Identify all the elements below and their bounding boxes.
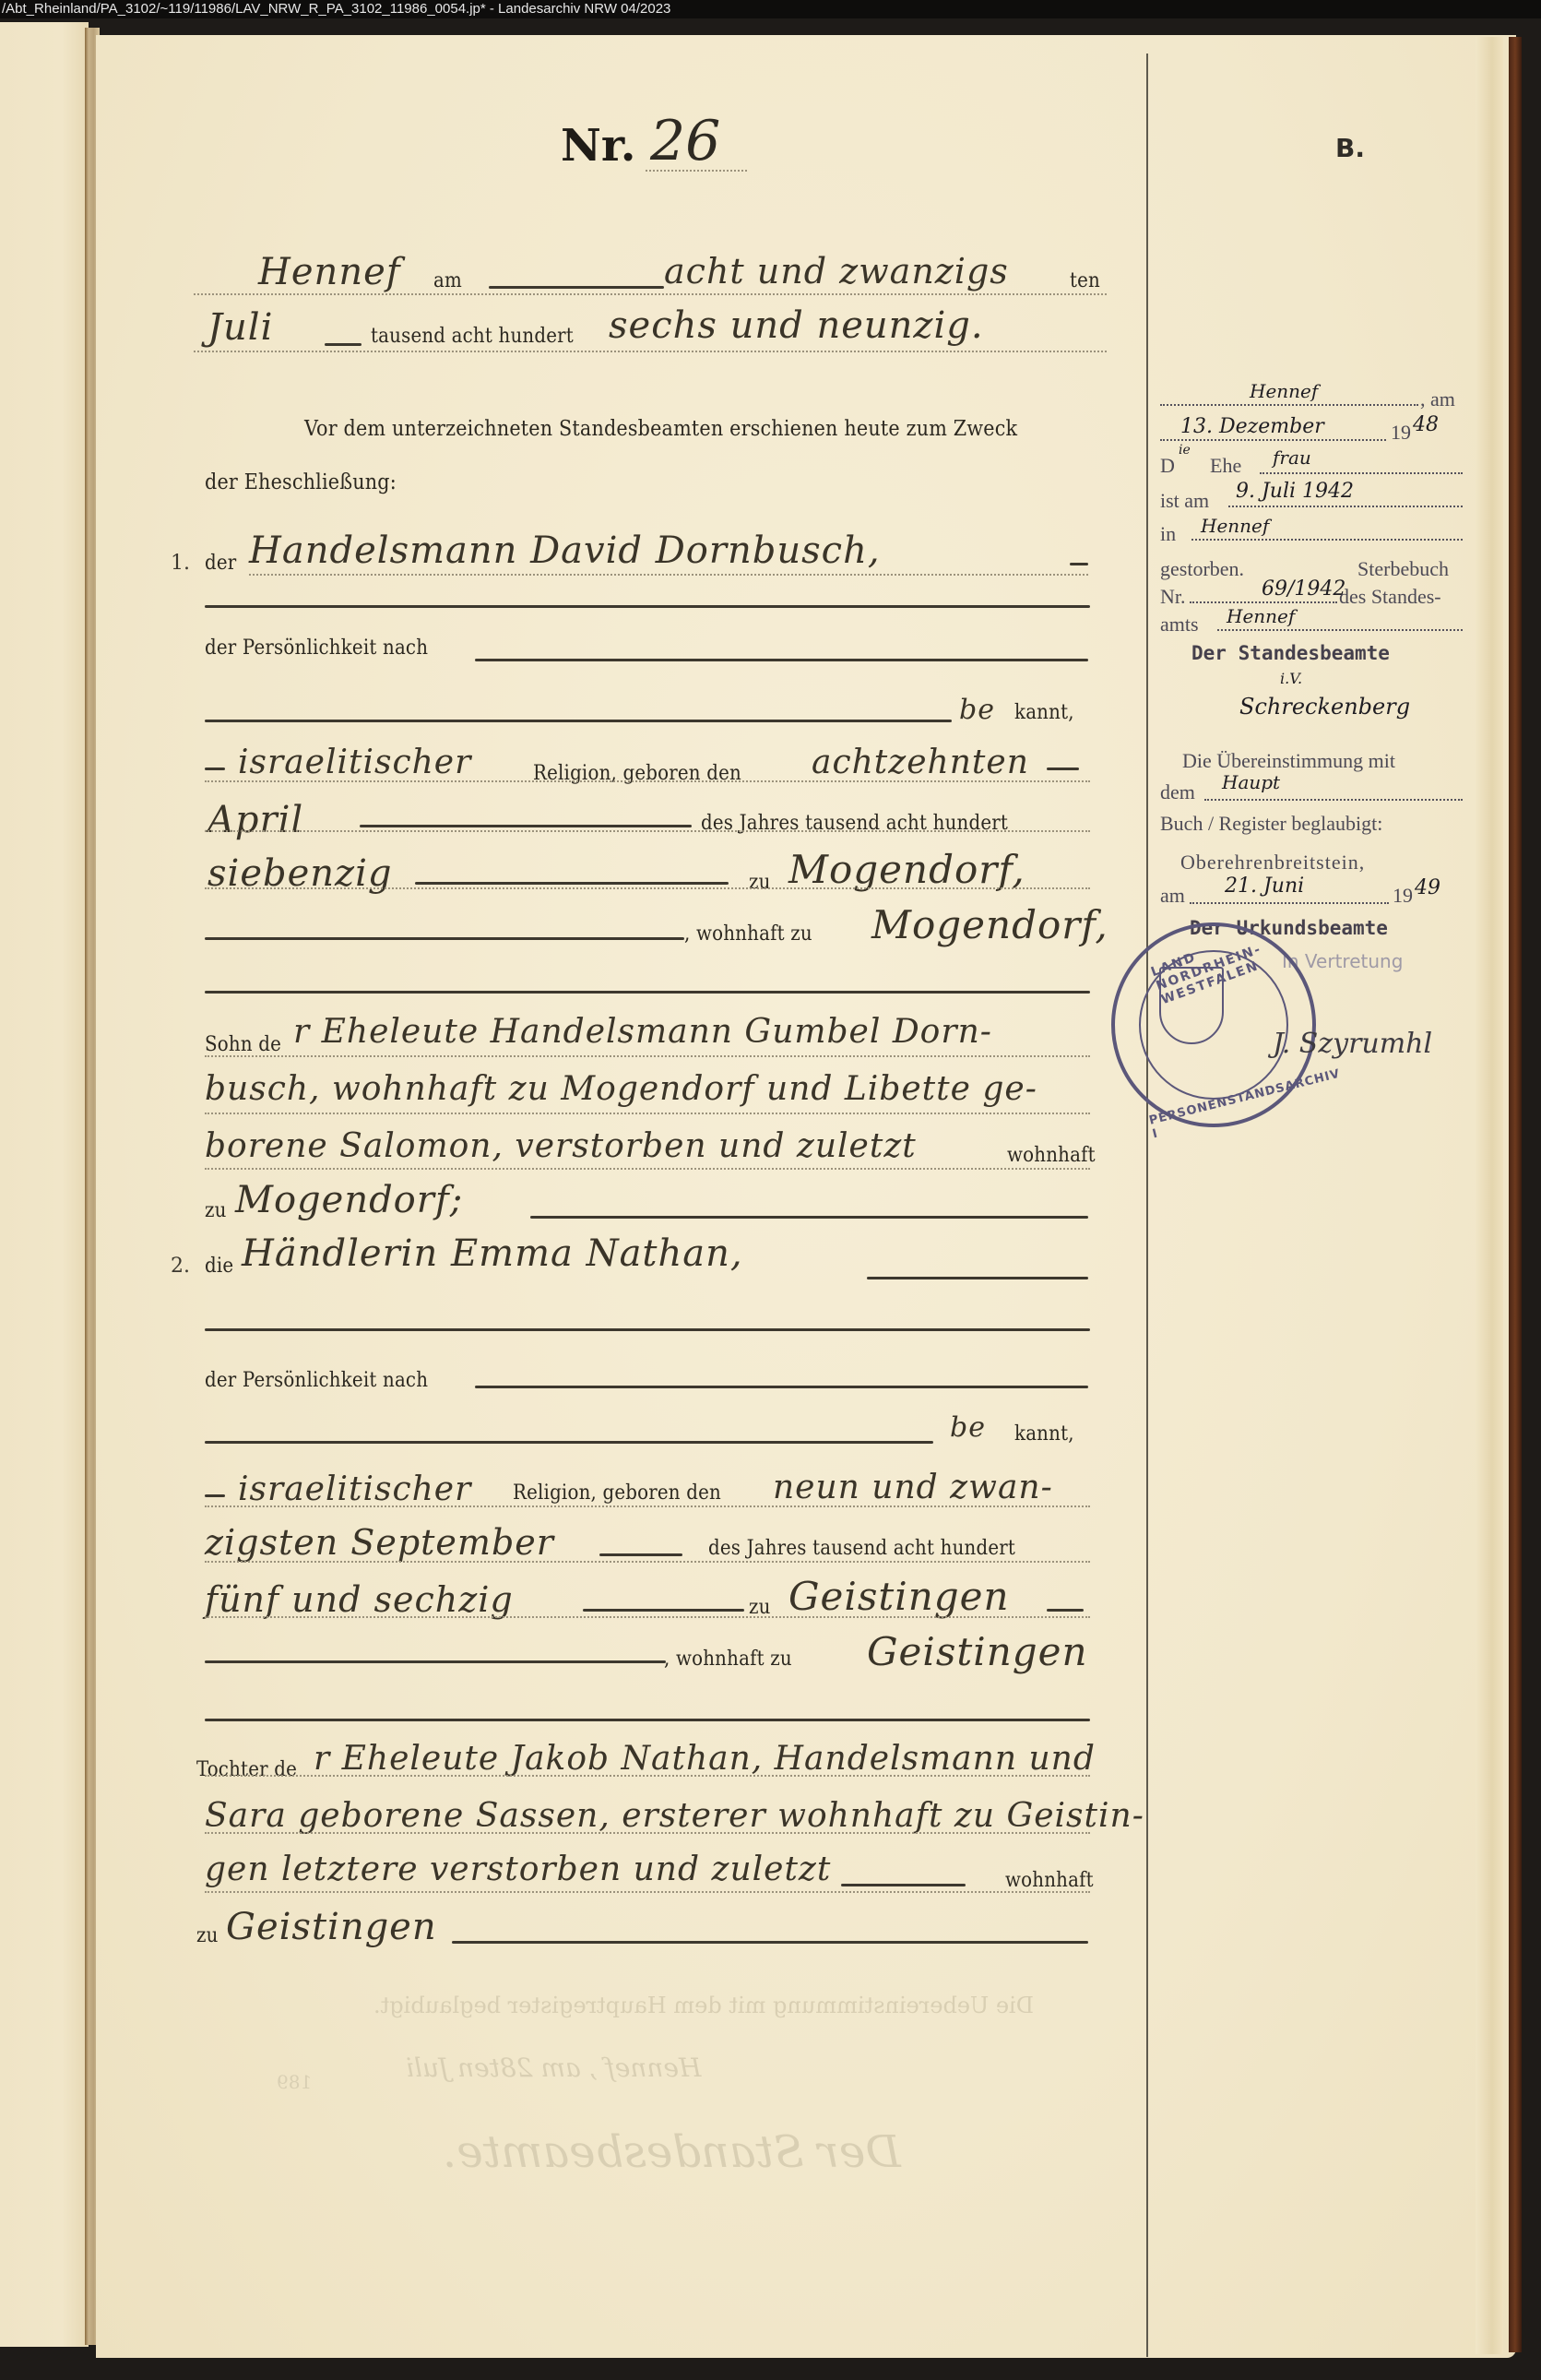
blank-rule xyxy=(205,1441,933,1444)
annotation-city-label: Oberehrenbreitstein, xyxy=(1180,851,1365,875)
annotation-sterbebuch-label: Sterbebuch xyxy=(1357,557,1449,581)
bride-parents-line-4: Geistingen xyxy=(226,1906,437,1948)
annotation-dotted-line xyxy=(1228,506,1463,507)
dotted-line xyxy=(205,830,1090,832)
annotation-standesbeamte-label: Der Standesbeamte xyxy=(1191,642,1390,664)
blank-rule xyxy=(205,720,952,722)
bride-religion: israelitischer xyxy=(238,1470,471,1508)
handwritten-place: Hennef xyxy=(258,251,401,293)
bride-zu-label: zu xyxy=(196,1924,219,1947)
dotted-line xyxy=(205,1055,1090,1057)
fill-rule xyxy=(1070,563,1088,565)
groom-name: Handelsmann David Dornbusch, xyxy=(249,530,881,572)
bride-birth-day-line-2: zigsten September xyxy=(205,1522,554,1563)
dotted-line xyxy=(205,1113,1090,1114)
window-title-bar: /Abt_Rheinland/PA_3102/~119/11986/LAV_NR… xyxy=(0,0,1541,18)
groom-birth-day: achtzehnten xyxy=(812,744,1029,781)
blank-rule xyxy=(475,1386,1088,1388)
groom-zu-label: zu xyxy=(205,1199,227,1222)
groom-sohn-print: Sohn de xyxy=(205,1033,281,1056)
bleed-through-text: Der Standesbeamte. xyxy=(443,2126,901,2178)
groom-persoenlichkeit-label: der Persönlichkeit nach xyxy=(205,637,428,660)
printed-ten: ten xyxy=(1070,269,1100,292)
groom-number: 1. xyxy=(171,552,190,575)
fill-rule xyxy=(415,882,729,885)
annotation-nr-hand: 69/1942 xyxy=(1262,577,1345,601)
annotation-year-prefix: 19 xyxy=(1391,421,1411,445)
dotted-line xyxy=(205,1505,1090,1507)
blank-rule xyxy=(475,659,1088,661)
record-number-value: 26 xyxy=(650,109,720,173)
annotation-signature-1: Schreckenberg xyxy=(1239,694,1410,720)
annotation-uebereinstimmung-label: Die Übereinstimmung mit xyxy=(1182,749,1395,773)
printed-am: am xyxy=(433,269,462,292)
official-seal-stamp: LAND NORDRHEIN-WESTFALEN PERSONENSTANDSA… xyxy=(1111,922,1316,1127)
annotation-cert-date: 21. Juni xyxy=(1225,875,1304,898)
record-number-dotted-line xyxy=(646,170,747,172)
fill-rule xyxy=(583,1609,744,1612)
bride-parents-line-2: Sara geborene Sassen, ersterer wohnhaft … xyxy=(205,1797,1144,1835)
groom-parents-line-3: borene Salomon, verstorben und zuletzt xyxy=(205,1127,917,1165)
fill-rule xyxy=(1047,1609,1084,1612)
dotted-line xyxy=(194,293,1107,295)
groom-bekannt-print: kannt, xyxy=(1014,701,1074,724)
annotation-amts-hand: Hennef xyxy=(1227,605,1295,627)
bride-tochter-print: Tochter de xyxy=(196,1758,297,1781)
bride-parents-line-3: gen letztere verstorben und zuletzt xyxy=(205,1850,831,1888)
column-marker-b: B. xyxy=(1335,133,1365,163)
dotted-line xyxy=(205,780,1090,782)
column-divider xyxy=(1146,54,1148,2357)
fill-rule xyxy=(205,768,225,770)
annotation-death-date: 9. Juli 1942 xyxy=(1236,480,1354,503)
handwritten-day: acht und zwanzigs xyxy=(664,251,1009,292)
bride-persoenlichkeit-label: der Persönlichkeit nach xyxy=(205,1369,428,1392)
fill-rule xyxy=(205,1660,666,1663)
bride-birth-year: fünf und sechzig xyxy=(205,1579,514,1620)
annotation-iv: i.V. xyxy=(1280,670,1302,687)
fill-rule xyxy=(867,1277,1088,1279)
groom-birth-month: April xyxy=(207,799,303,841)
bride-religion-print: Religion, geboren den xyxy=(513,1482,721,1505)
annotation-dotted-line xyxy=(1160,439,1386,441)
bride-bekannt-hand: be xyxy=(950,1411,986,1444)
annotation-nr-label: Nr. xyxy=(1160,585,1186,609)
groom-prefix: der xyxy=(205,552,236,575)
annotation-amts-label: amts xyxy=(1160,613,1199,637)
bride-wohnhaft-label: wohnhaft xyxy=(1005,1869,1094,1892)
annotation-dotted-line xyxy=(1160,404,1418,406)
annotation-cert-year: 49 xyxy=(1415,876,1440,899)
fill-rule xyxy=(205,1494,225,1497)
dotted-line xyxy=(205,1168,1090,1170)
fill-rule xyxy=(841,1884,966,1886)
fill-rule xyxy=(205,937,684,940)
annotation-dotted-line xyxy=(1191,539,1463,541)
annotation-dotted-line xyxy=(1204,799,1463,801)
annotation-death-place: Hennef xyxy=(1201,515,1269,537)
annotation-am-label-2: am xyxy=(1160,884,1185,908)
intro-text: Vor dem unterzeichneten Standesbeamten e… xyxy=(304,417,1017,441)
groom-wohnhaft-label: wohnhaft xyxy=(1007,1144,1096,1167)
dotted-line xyxy=(205,1832,1090,1834)
blank-rule xyxy=(205,1328,1090,1331)
annotation-ist-am-label: ist am xyxy=(1160,489,1209,513)
fill-rule xyxy=(360,825,692,827)
fill-rule xyxy=(325,343,362,346)
handwritten-year: sechs und neunzig. xyxy=(609,304,984,347)
bride-wohnhaft-print: , wohnhaft zu xyxy=(664,1648,792,1671)
dotted-line xyxy=(205,1616,1090,1618)
annotation-cert-year-prefix: 19 xyxy=(1393,884,1413,908)
blank-rule xyxy=(205,605,1090,608)
groom-wohnhaft-print: , wohnhaft zu xyxy=(684,922,812,946)
bride-name: Händlerin Emma Nathan, xyxy=(242,1232,743,1275)
bride-bekannt-print: kannt, xyxy=(1014,1422,1074,1446)
blank-rule xyxy=(205,1719,1090,1721)
groom-parents-line-2: busch, wohnhaft zu Mogendorf und Libette… xyxy=(205,1070,1037,1108)
groom-parents-line-4: Mogendorf; xyxy=(235,1179,463,1221)
groom-birth-place: Mogendorf, xyxy=(788,847,1025,892)
fill-rule xyxy=(599,1553,682,1556)
annotation-dotted-line xyxy=(1190,601,1337,603)
handwritten-month: Juli xyxy=(207,306,273,349)
bride-birth-place: Geistingen xyxy=(788,1574,1010,1619)
dotted-line xyxy=(249,574,1088,576)
intro-text-2: der Eheschließung: xyxy=(205,470,397,494)
annotation-year: 48 xyxy=(1413,413,1439,436)
book-binding-edge xyxy=(1509,37,1522,2352)
annotation-signature-2: J. Szyrumhl xyxy=(1273,1028,1432,1060)
fill-rule xyxy=(452,1941,1088,1944)
dotted-line xyxy=(205,1891,1090,1893)
annotation-standesamts-label: des Standes- xyxy=(1339,585,1441,609)
dotted-line xyxy=(205,1775,1090,1777)
bride-residence: Geistingen xyxy=(867,1629,1088,1674)
annotation-dem-label: dem xyxy=(1160,780,1195,804)
fill-rule xyxy=(1047,768,1079,770)
groom-zu-print: zu xyxy=(749,871,771,894)
annotation-dotted-line xyxy=(1217,629,1463,631)
groom-bekannt-hand: be xyxy=(959,694,995,726)
bride-jahres-print: des Jahres tausend acht hundert xyxy=(708,1537,1015,1560)
annotation-register-label: Buch / Register beglaubigt: xyxy=(1160,812,1382,836)
annotation-am-label: , am xyxy=(1420,387,1455,411)
groom-religion: israelitischer xyxy=(238,744,471,781)
fill-rule xyxy=(530,1216,1088,1219)
groom-residence: Mogendorf, xyxy=(871,902,1108,947)
left-page-edge xyxy=(0,22,89,2347)
blank-rule xyxy=(205,991,1090,994)
annotation-in-label: in xyxy=(1160,522,1176,546)
dotted-line xyxy=(205,887,1090,889)
annotation-ehe-label: Ehe xyxy=(1210,454,1241,478)
record-number-label: Nr. xyxy=(561,120,635,172)
annotation-dotted-line xyxy=(1260,472,1463,474)
fill-rule xyxy=(489,286,664,289)
annotation-dotted-line xyxy=(1190,902,1389,904)
dotted-line xyxy=(194,351,1107,352)
annotation-d-label: D xyxy=(1160,454,1175,478)
printed-tausend-acht-hundert: tausend acht hundert xyxy=(371,325,574,348)
bride-parents-line-1: r Eheleute Jakob Nathan, Handelsmann und xyxy=(314,1740,1096,1778)
bride-number: 2. xyxy=(171,1255,190,1278)
dotted-line xyxy=(205,1561,1090,1563)
annotation-dem-hand: Haupt xyxy=(1222,771,1280,793)
page-fore-edge xyxy=(1476,37,1503,2354)
annotation-gestorben-label: gestorben. xyxy=(1160,557,1244,581)
groom-parents-line-1: r Eheleute Handelsmann Gumbel Dorn- xyxy=(293,1013,992,1051)
annotation-d-hand: ie xyxy=(1179,443,1191,458)
bleed-through-text: 189 xyxy=(277,2071,312,2093)
bride-birth-day-line-1: neun und zwan- xyxy=(773,1469,1053,1506)
window-title: /Abt_Rheinland/PA_3102/~119/11986/LAV_NR… xyxy=(2,1,670,17)
annotation-ehe-hand: frau xyxy=(1273,446,1311,469)
annotation-place: Hennef xyxy=(1250,380,1318,402)
annotation-date: 13. Dezember xyxy=(1180,415,1324,438)
bride-prefix: die xyxy=(205,1255,233,1278)
bleed-through-text: Die Uebereinstimmung mit dem Hauptregist… xyxy=(373,1993,1034,2018)
bleed-through-text: Hennef , am 28ten Juli xyxy=(406,2053,701,2083)
